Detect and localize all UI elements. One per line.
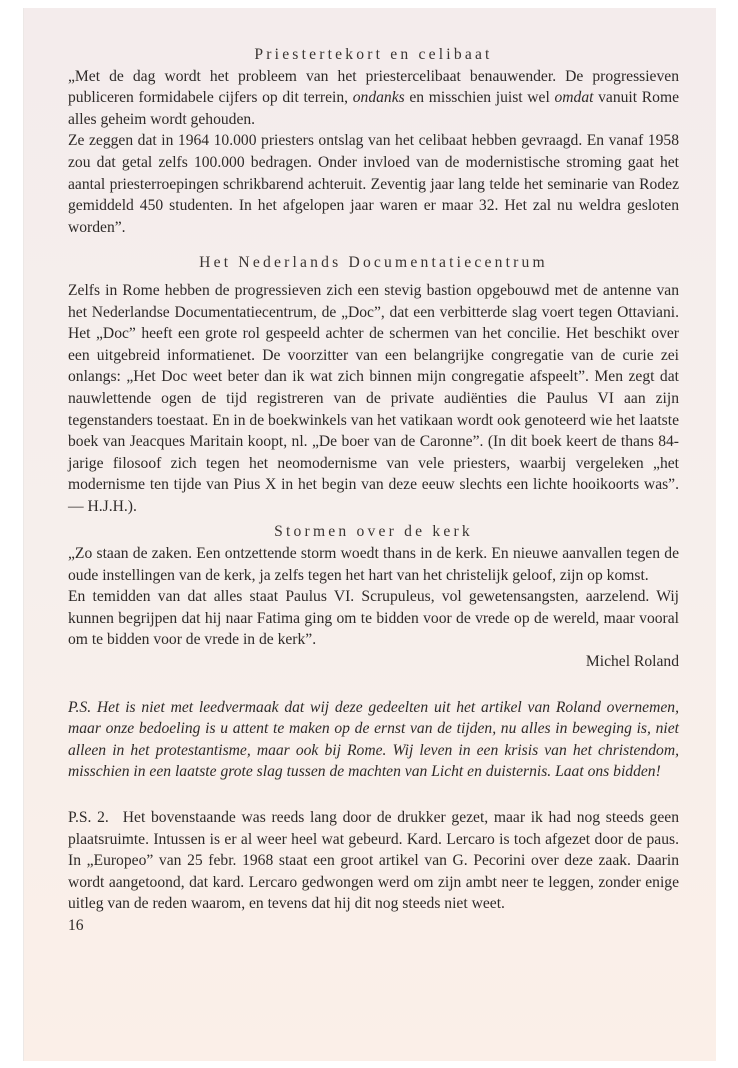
section-heading-documentatiecentrum: Het Nederlands Documentatiecentrum bbox=[68, 252, 679, 274]
paragraph: Zelfs in Rome hebben de progressieven zi… bbox=[68, 280, 679, 518]
text-column: Priestertekort en celibaat „Met de dag w… bbox=[68, 44, 679, 937]
postscript-2-text: Het bovenstaande was reeds lang door de … bbox=[68, 809, 679, 912]
paragraph: „Met de dag wordt het probleem van het p… bbox=[68, 66, 679, 131]
postscript: P.S. Het is niet met leedvermaak dat wij… bbox=[68, 697, 679, 783]
scanned-page: Priestertekort en celibaat „Met de dag w… bbox=[23, 8, 716, 1061]
author-signature: Michel Roland bbox=[68, 651, 679, 673]
paragraph: „Zo staan de zaken. Een ontzettende stor… bbox=[68, 543, 679, 586]
paragraph: Ze zeggen dat in 1964 10.000 priesters o… bbox=[68, 130, 679, 238]
postscript-2: P.S. 2.Het bovenstaande was reeds lang d… bbox=[68, 807, 679, 915]
text-run: en misschien juist wel bbox=[405, 89, 555, 106]
italic-run: omdat bbox=[554, 89, 593, 106]
postscript-2-label: P.S. 2. bbox=[68, 809, 109, 826]
paragraph: En temidden van dat alles staat Paulus V… bbox=[68, 586, 679, 651]
page-number: 16 bbox=[68, 915, 679, 937]
italic-run: ondanks bbox=[353, 89, 405, 106]
section-heading-stormen: Stormen over de kerk bbox=[68, 521, 679, 543]
section-heading-priestertekort: Priestertekort en celibaat bbox=[68, 44, 679, 66]
